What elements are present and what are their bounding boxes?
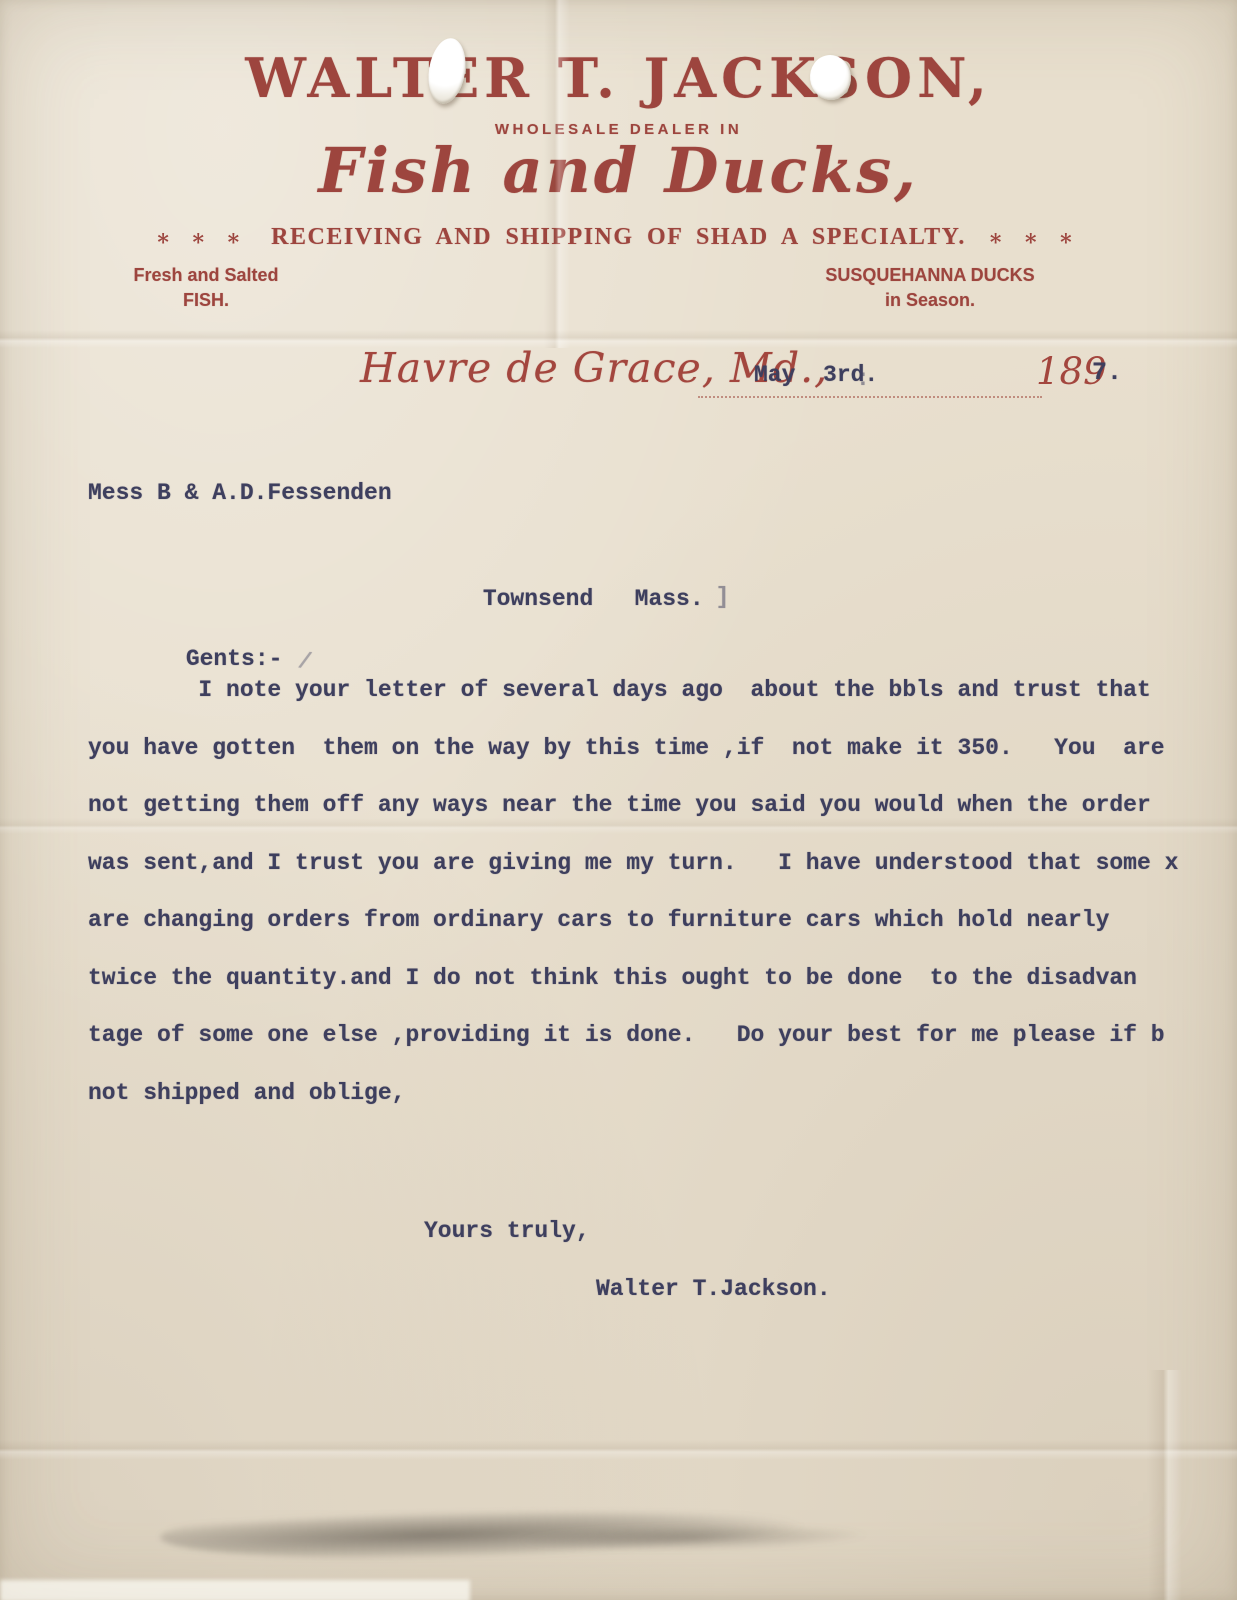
- specialty-line: RECEIVING AND SHIPPING OF SHAD A SPECIAL…: [271, 224, 966, 251]
- letter-body: I note your letter of several days ago a…: [88, 662, 1178, 1122]
- pencil-smudge: [159, 1486, 960, 1569]
- fold-crease-vertical-right: [1148, 1370, 1182, 1600]
- letter-page: WALTER T. JACKSON, WHOLESALE DEALER IN F…: [0, 0, 1237, 1600]
- product-script-title: Fish and Ducks,: [0, 134, 1237, 207]
- body-line: not shipped and oblige,: [88, 1065, 1178, 1123]
- right-note: SUSQUEHANNA DUCKS in Season.: [788, 263, 1072, 313]
- left-note: Fresh and Salted FISH.: [86, 263, 326, 313]
- address-line: Townsend Mass.]: [400, 560, 729, 638]
- left-note-line2: FISH.: [86, 288, 326, 313]
- address-text: Townsend Mass.: [483, 586, 704, 612]
- typed-year: 7.: [1092, 358, 1122, 387]
- paper-bottom-edge: [0, 1580, 470, 1600]
- address-stray-mark: ]: [716, 584, 730, 610]
- body-line: tage of some one else ,providing it is d…: [88, 1007, 1178, 1065]
- right-note-line2: in Season.: [788, 288, 1072, 313]
- specialty-row: * * * RECEIVING AND SHIPPING OF SHAD A S…: [0, 224, 1237, 251]
- body-line: not getting them off any ways near the t…: [88, 777, 1178, 835]
- body-line: was sent,and I trust you are giving me m…: [88, 835, 1178, 893]
- stars-ornament-left: * * *: [157, 230, 247, 256]
- body-line: are changing orders from ordinary cars t…: [88, 892, 1178, 950]
- signature-line: Walter T.Jackson.: [596, 1276, 831, 1302]
- fold-crease-horizontal-3: [0, 1440, 1237, 1460]
- body-line: I note your letter of several days ago a…: [88, 662, 1178, 720]
- recipient-line: Mess B & A.D.Fessenden: [88, 480, 392, 506]
- body-line: twice the quantity.and I do not think th…: [88, 950, 1178, 1008]
- left-note-line1: Fresh and Salted: [86, 263, 326, 288]
- right-note-line1: SUSQUEHANNA DUCKS: [788, 263, 1072, 288]
- closing-line: Yours truly,: [424, 1218, 590, 1244]
- body-line: you have gotten them on the way by this …: [88, 720, 1178, 778]
- typed-date-mark: :: [856, 366, 870, 392]
- pencil-smudge-tail: [520, 1516, 951, 1557]
- stars-ornament-right: * * *: [990, 230, 1080, 256]
- company-name: WALTER T. JACKSON,: [0, 46, 1237, 110]
